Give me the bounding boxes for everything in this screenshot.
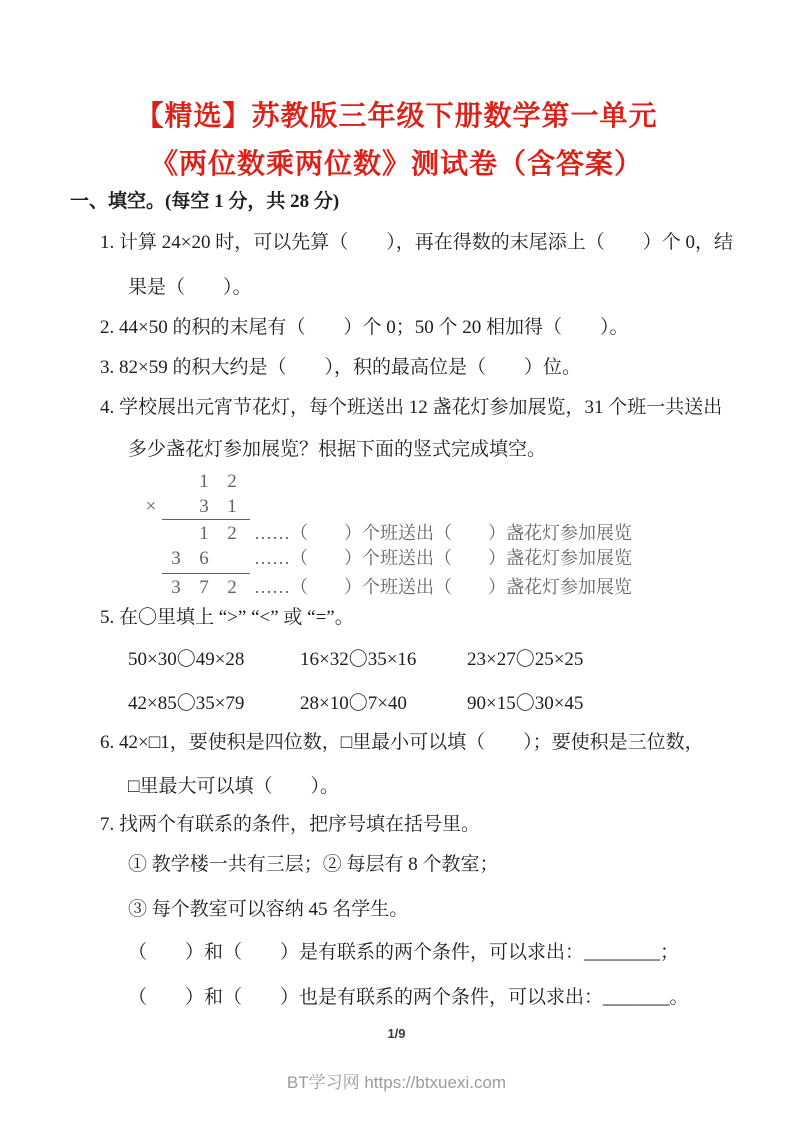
item-5-compare-2: 16×32〇35×16 <box>300 648 416 672</box>
item-1-line-2: 果是（ ）。 <box>128 276 252 300</box>
work-digit: 3 <box>162 549 190 569</box>
item-5-compare-6: 90×15〇30×45 <box>467 692 583 716</box>
item-6-line-2: □里最大可以填（ ）。 <box>128 775 339 799</box>
item-5-compare-3: 23×27〇25×25 <box>467 648 583 672</box>
work-row-multiplier: ×31 <box>140 497 246 517</box>
fill-1-prefix: （ ）和（ ）是有联系的两个条件，可以求出： <box>128 942 584 963</box>
item-4-line-1: 4. 学校展出元宵节花灯，每个班送出 12 盏花灯参加展览，31 个班一共送出 <box>100 396 722 420</box>
work-note-3: ……（ ）个班送出（ ）盏花灯参加展览 <box>254 577 632 597</box>
work-digit: 7 <box>190 578 218 598</box>
work-row-partial-1: 12……（ ）个班送出（ ）盏花灯参加展览 <box>140 523 632 544</box>
work-digit: 1 <box>218 497 246 517</box>
work-digit: 3 <box>162 578 190 598</box>
page-number: 1/9 <box>0 1026 793 1041</box>
item-5-compare-1: 50×30〇49×28 <box>128 648 244 672</box>
item-5-line-1: 5. 在〇里填上 “>” “<” 或 “=”。 <box>100 606 354 630</box>
item-7-line-1: 7. 找两个有联系的条件，把序号填在括号里。 <box>100 813 480 837</box>
item-5-compare-5: 28×10〇7×40 <box>300 692 407 716</box>
work-digit: 1 <box>190 472 218 492</box>
fill-1-suffix: ； <box>660 942 679 963</box>
item-1-line-1: 1. 计算 24×20 时，可以先算（ ），再在得数的末尾添上（ ）个 0，结 <box>100 231 733 255</box>
work-digit: 2 <box>218 524 246 544</box>
fill-2-prefix: （ ）和（ ）也是有联系的两个条件，可以求出： <box>128 987 603 1008</box>
fill-1-blank: ________ <box>584 942 660 963</box>
test-paper-page: 【精选】苏教版三年级下册数学第一单元 《两位数乘两位数》测试卷（含答案） 一、填… <box>0 0 793 1122</box>
work-note-1: ……（ ）个班送出（ ）盏花灯参加展览 <box>254 523 632 543</box>
item-3-line-1: 3. 82×59 的积大约是（ ），积的最高位是（ ）位。 <box>100 356 581 380</box>
work-row-partial-2: 36……（ ）个班送出（ ）盏花灯参加展览 <box>140 548 632 569</box>
item-7-fill-line-2: （ ）和（ ）也是有联系的两个条件，可以求出：_______。 <box>128 986 689 1010</box>
work-digit: 6 <box>190 549 218 569</box>
item-7-condition-3: ③ 每个教室可以容纳 45 名学生。 <box>128 898 408 922</box>
item-4-line-2: 多少盏花灯参加展览？根据下面的竖式完成填空。 <box>128 438 546 462</box>
work-row-multiplicand: 12 <box>140 472 246 492</box>
vertical-multiplication-figure: 12 ×31 12……（ ）个班送出（ ）盏花灯参加展览 36……（ ）个班送出… <box>140 470 760 604</box>
paper-title-line-1: 【精选】苏教版三年级下册数学第一单元 <box>0 94 793 134</box>
work-digit: 1 <box>190 524 218 544</box>
multiply-sign: × <box>140 497 162 517</box>
work-digit: 2 <box>218 472 246 492</box>
work-note-2: ……（ ）个班送出（ ）盏花灯参加展览 <box>254 548 632 568</box>
item-6-line-1: 6. 42×□1，要使积是四位数，□里最小可以填（ ）；要使积是三位数， <box>100 731 704 755</box>
work-rule-line-1 <box>162 519 250 520</box>
fill-2-blank: _______ <box>603 987 670 1008</box>
section-1-heading: 一、填空。(每空 1 分，共 28 分) <box>70 190 339 214</box>
work-digit: 3 <box>190 497 218 517</box>
item-7-conditions-1-2: ① 教学楼一共有三层；② 每层有 8 个教室； <box>128 853 499 877</box>
work-row-product: 372……（ ）个班送出（ ）盏花灯参加展览 <box>140 577 632 598</box>
item-7-fill-line-1: （ ）和（ ）是有联系的两个条件，可以求出：________； <box>128 941 679 965</box>
paper-title-line-2: 《两位数乘两位数》测试卷（含答案） <box>0 142 793 182</box>
work-rule-line-2 <box>162 573 250 574</box>
fill-2-suffix: 。 <box>670 987 689 1008</box>
watermark-text: BT学习网 https://btxuexi.com <box>0 1068 793 1093</box>
work-digit: 2 <box>218 578 246 598</box>
item-5-compare-4: 42×85〇35×79 <box>128 692 244 716</box>
item-2-line-1: 2. 44×50 的积的末尾有（ ）个 0；50 个 20 相加得（ ）。 <box>100 316 628 340</box>
